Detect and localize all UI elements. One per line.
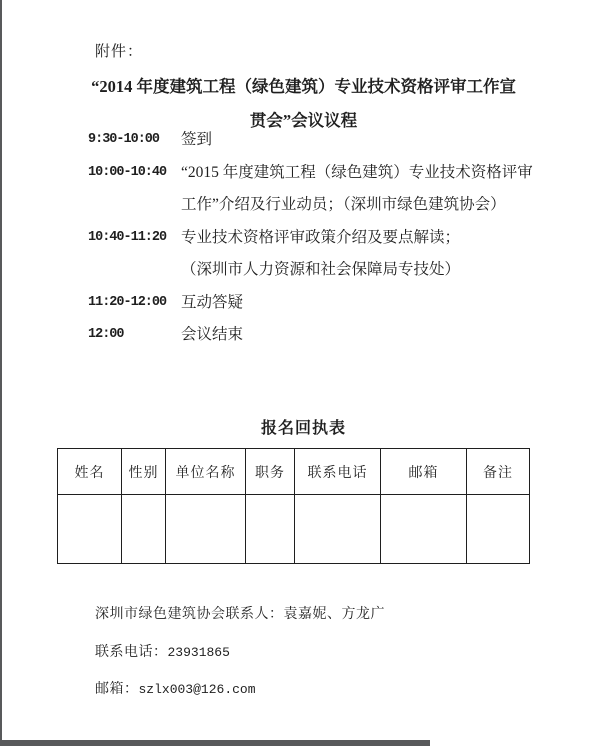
- table-header-phone: 联系电话: [295, 449, 381, 495]
- table-empty-cell: [246, 495, 295, 564]
- schedule-desc-line: 专业技术资格评审政策介绍及要点解读；: [181, 222, 460, 255]
- contact-email-line: 邮箱：szlx003@126.com: [95, 671, 385, 709]
- schedule-time: 10:40-11:20: [88, 222, 181, 255]
- schedule-row: 9:30-10:00 签到: [88, 124, 601, 157]
- schedule-desc-line: 工作”介绍及行业动员；（深圳市绿色建筑协会）: [181, 189, 533, 222]
- contact-info: 深圳市绿色建筑协会联系人：袁嘉妮、方龙广 联系电话：23931865 邮箱：sz…: [95, 596, 385, 709]
- schedule-time: 12:00: [88, 319, 181, 352]
- schedule-desc-line: 互动答疑: [181, 287, 243, 320]
- contact-person-line: 深圳市绿色建筑协会联系人：袁嘉妮、方龙广: [95, 596, 385, 634]
- schedule-time: 10:00-10:40: [88, 157, 181, 190]
- schedule-desc: 签到: [181, 124, 212, 157]
- table-row: [58, 495, 530, 564]
- page-bottom-edge-line: [0, 740, 430, 746]
- form-title: 报名回执表: [0, 415, 607, 438]
- page-left-edge-line: [0, 0, 2, 746]
- table-empty-cell: [381, 495, 467, 564]
- contact-phone-label: 联系电话：: [95, 645, 168, 660]
- table-header-row: 姓名 性别 单位名称 职务 联系电话 邮箱 备注: [58, 449, 530, 495]
- contact-email-label: 邮箱：: [95, 682, 139, 697]
- document-title-line-1: “2014 年度建筑工程（绿色建筑）专业技术资格评审工作宣: [30, 70, 577, 104]
- attachment-label: 附件：: [95, 40, 143, 61]
- schedule-desc: 会议结束: [181, 319, 243, 352]
- table-empty-cell: [467, 495, 530, 564]
- table-header-company: 单位名称: [166, 449, 246, 495]
- schedule-desc-line: （深圳市人力资源和社会保障局专技处）: [181, 254, 460, 287]
- contact-phone-line: 联系电话：23931865: [95, 634, 385, 672]
- agenda-schedule: 9:30-10:00 签到 10:00-10:40 “2015 年度建筑工程（绿…: [88, 124, 601, 352]
- table-header-position: 职务: [246, 449, 295, 495]
- table-empty-cell: [295, 495, 381, 564]
- document-page: 附件： “2014 年度建筑工程（绿色建筑）专业技术资格评审工作宣 贯会”会议议…: [0, 0, 607, 746]
- table-header-email: 邮箱: [381, 449, 467, 495]
- schedule-desc-line: “2015 年度建筑工程（绿色建筑）专业技术资格评审: [181, 157, 533, 190]
- schedule-time: 11:20-12:00: [88, 287, 181, 320]
- table-empty-cell: [166, 495, 246, 564]
- schedule-desc: 专业技术资格评审政策介绍及要点解读； （深圳市人力资源和社会保障局专技处）: [181, 222, 460, 287]
- schedule-desc: 互动答疑: [181, 287, 243, 320]
- table-header-name: 姓名: [58, 449, 122, 495]
- schedule-row: 10:00-10:40 “2015 年度建筑工程（绿色建筑）专业技术资格评审 工…: [88, 157, 601, 222]
- schedule-row: 10:40-11:20 专业技术资格评审政策介绍及要点解读； （深圳市人力资源和…: [88, 222, 601, 287]
- schedule-row: 12:00 会议结束: [88, 319, 601, 352]
- table-header-remarks: 备注: [467, 449, 530, 495]
- table-empty-cell: [122, 495, 166, 564]
- schedule-desc: “2015 年度建筑工程（绿色建筑）专业技术资格评审 工作”介绍及行业动员；（深…: [181, 157, 533, 222]
- contact-phone-value: 23931865: [168, 645, 230, 660]
- table-header-gender: 性别: [122, 449, 166, 495]
- contact-email-value: szlx003@126.com: [139, 682, 256, 697]
- schedule-desc-line: 会议结束: [181, 319, 243, 352]
- registration-table: 姓名 性别 单位名称 职务 联系电话 邮箱 备注: [57, 448, 530, 564]
- schedule-desc-line: 签到: [181, 124, 212, 157]
- schedule-row: 11:20-12:00 互动答疑: [88, 287, 601, 320]
- schedule-time: 9:30-10:00: [88, 124, 181, 157]
- table-empty-cell: [58, 495, 122, 564]
